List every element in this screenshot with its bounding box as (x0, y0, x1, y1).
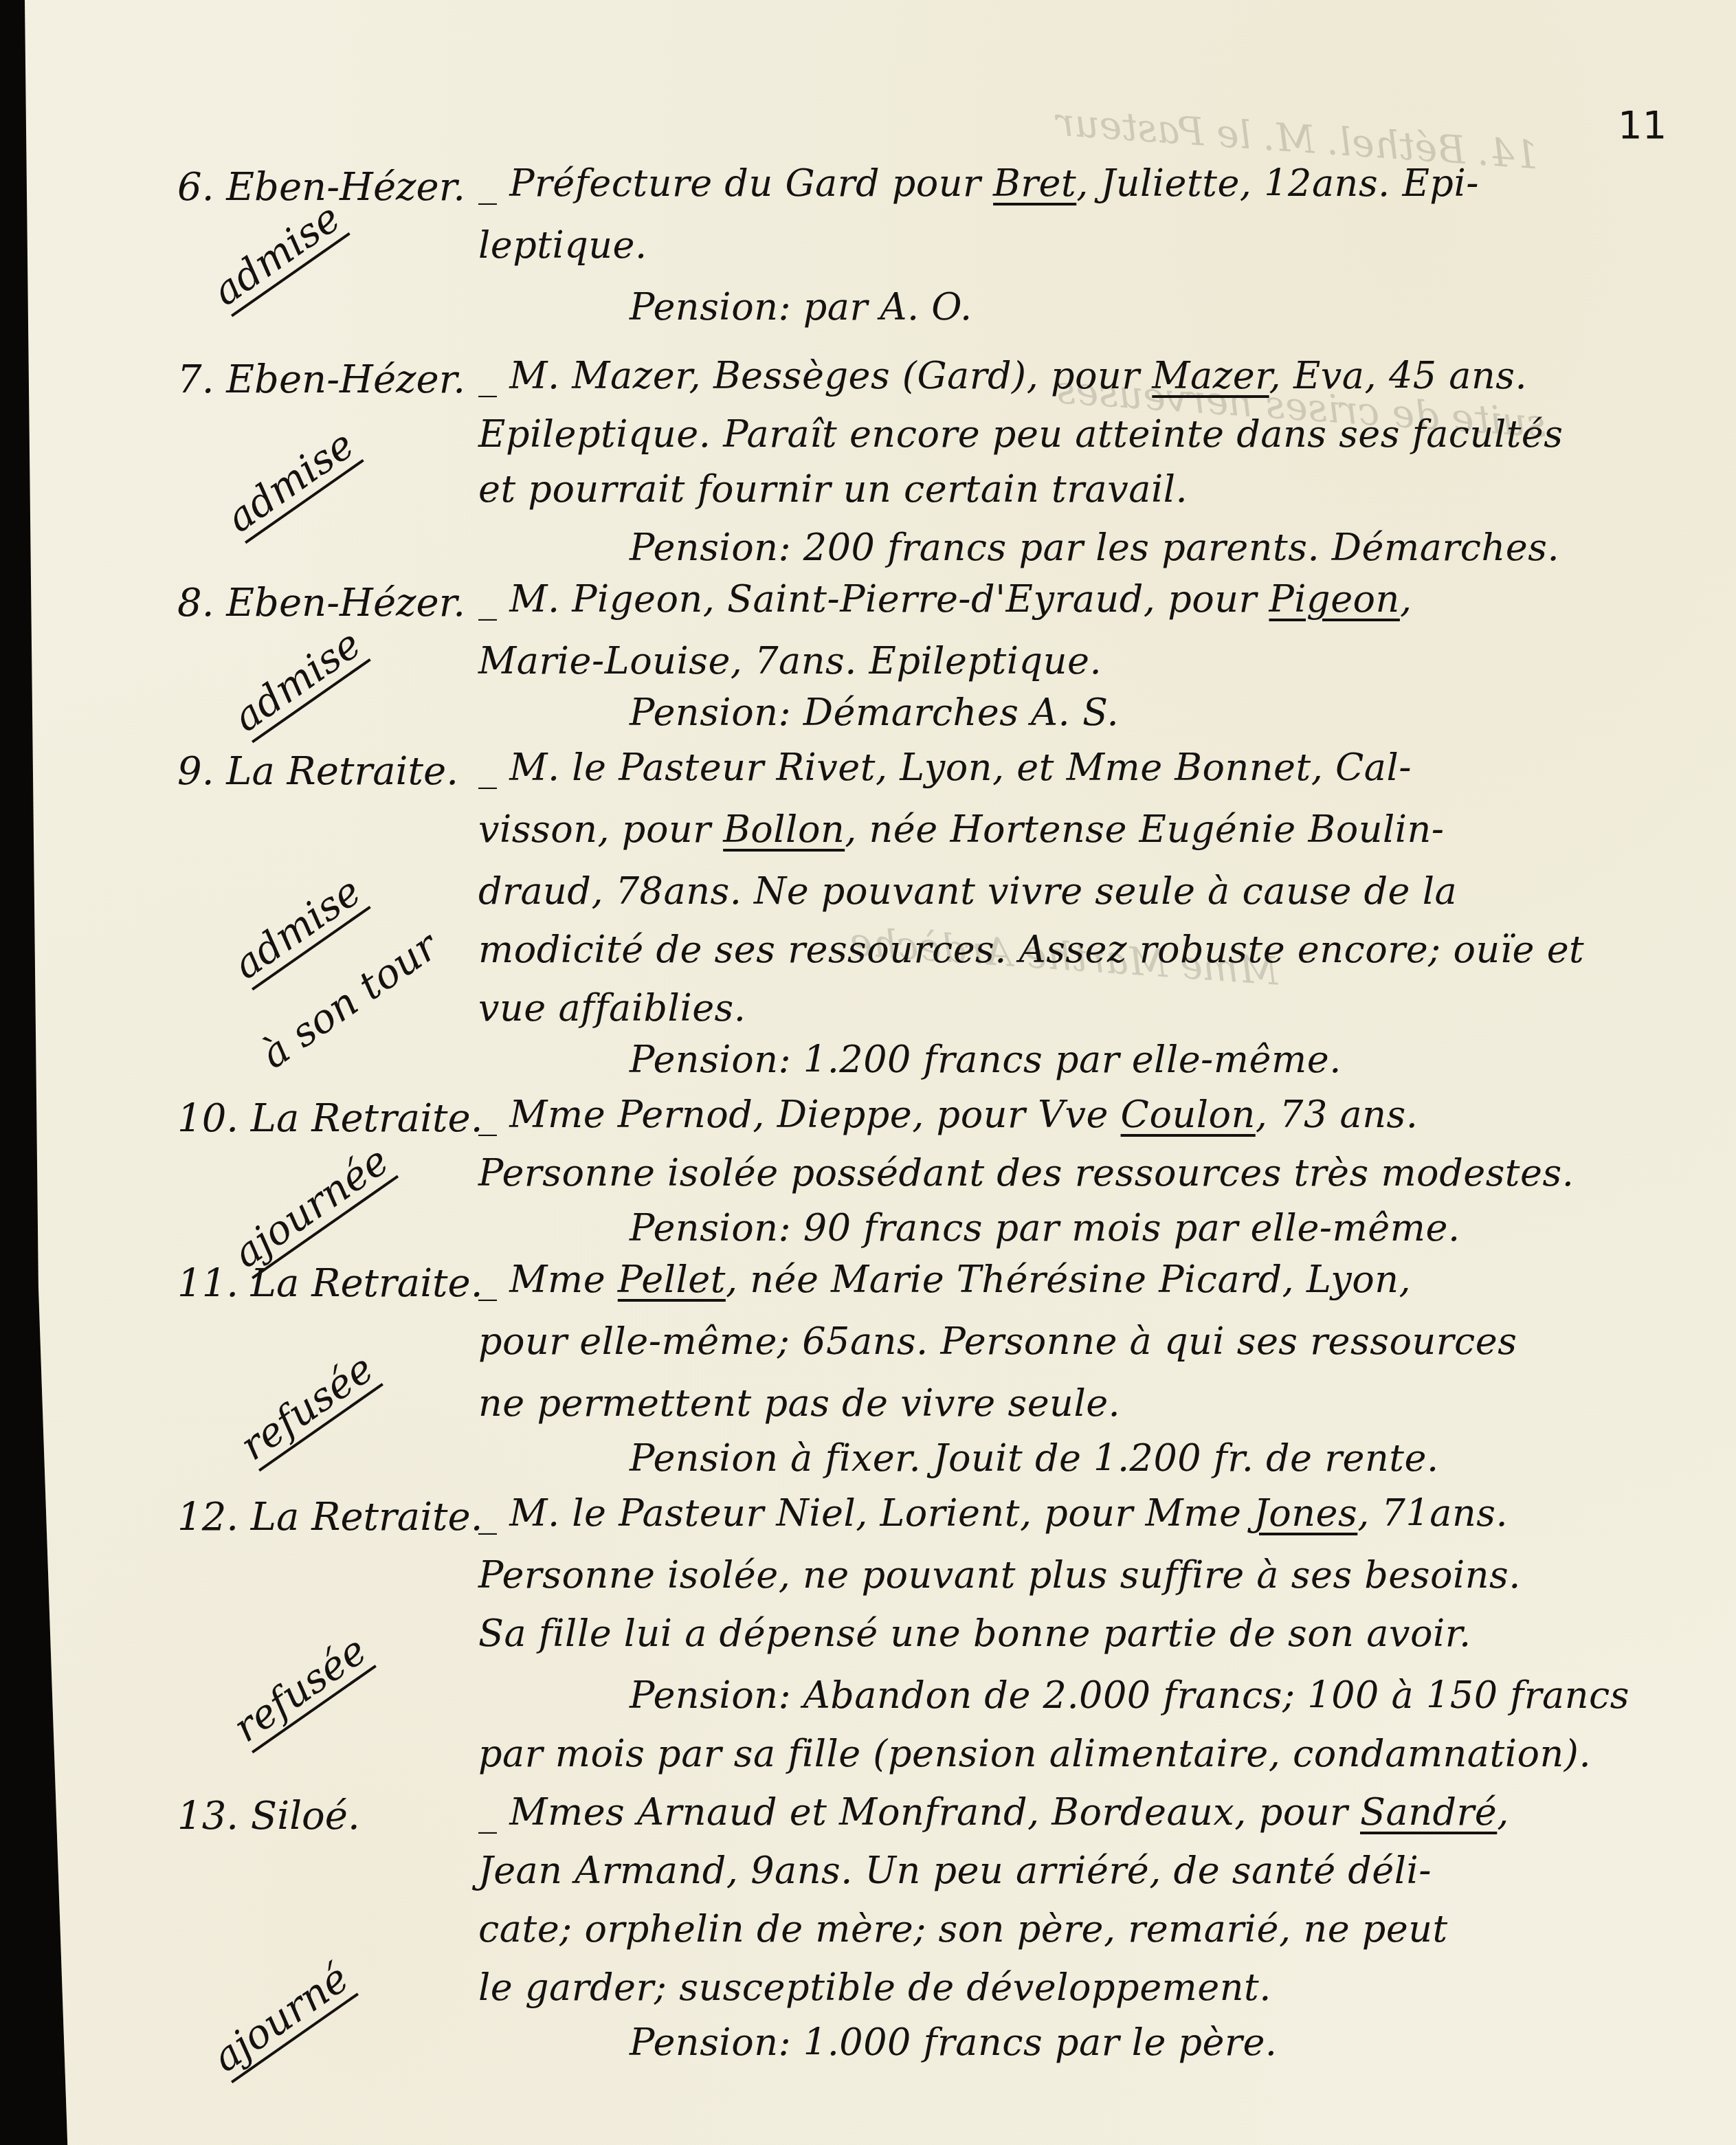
entry-line: ne permettent pas de vivre seule. (478, 1385, 1120, 1422)
patient-surname: Pigeon (1269, 577, 1399, 621)
entry-label: 10. La Retraite. (177, 1096, 483, 1141)
decision-annotation: admise (225, 867, 369, 988)
entry-line: visson, pour Bollon, née Hortense Eugéni… (478, 811, 1445, 848)
patient-surname: Bret (993, 162, 1076, 205)
entry-line: Epileptique. Paraît encore peu atteinte … (478, 416, 1563, 453)
entry-line: vue affaiblies. (478, 990, 746, 1027)
decision-annotation: admise (218, 421, 362, 542)
entry-label: 7. Eben-Hézer. (177, 357, 465, 402)
entry-line: leptique. (478, 227, 647, 264)
patient-surname: Mazer (1152, 354, 1269, 397)
decision-annotation: admise (204, 194, 348, 315)
entry-line: Sa fille lui a dépensé une bonne partie … (478, 1615, 1471, 1652)
entry-line: Marie-Louise, 7ans. Epileptique. (478, 643, 1102, 680)
patient-surname: Jones (1254, 1491, 1357, 1535)
decision-annotation: refusée (225, 1627, 375, 1751)
decision-annotation: ajournée (225, 1137, 397, 1277)
patient-surname: Sandré (1360, 1790, 1497, 1834)
document-page: 14. Béthel. M. le Pasteur suite de crise… (25, 0, 1736, 2145)
entry-line: _ M. Mazer, Bessèges (Gard), pour Mazer,… (478, 357, 1527, 394)
entry-line: _ M. Pigeon, Saint-Pierre-d'Eyraud, pour… (478, 581, 1412, 618)
entry-label: 13. Siloé. (177, 1794, 360, 1838)
entry-line: _ M. le Pasteur Niel, Lorient, pour Mme … (478, 1495, 1508, 1532)
entry-line: pour elle-même; 65ans. Personne à qui se… (478, 1323, 1517, 1360)
entry-label: 9. La Retraite. (177, 749, 458, 794)
entry-line: modicité de ses ressources. Assez robust… (478, 931, 1584, 968)
pension-line: Pension: 1.000 francs par le père. (630, 2024, 1278, 2061)
entry-line: et pourrait fournir un certain travail. (478, 471, 1188, 508)
pension-line: Pension à fixer. Jouit de 1.200 fr. de r… (630, 1440, 1439, 1477)
entry-label: 12. La Retraite. (177, 1495, 483, 1540)
pension-line: Pension: Démarches A. S. (630, 694, 1119, 731)
pension-line: Pension: Abandon de 2.000 francs; 100 à … (630, 1677, 1629, 1714)
patient-surname: Pellet (618, 1258, 726, 1301)
patient-surname: Coulon (1121, 1093, 1256, 1136)
entry-line: draud, 78ans. Ne pouvant vivre seule à c… (478, 873, 1457, 910)
pension-line-continued: par mois par sa fille (pension alimentai… (478, 1735, 1591, 1772)
entry-line: Jean Armand, 9ans. Un peu arriéré, de sa… (478, 1852, 1432, 1889)
pension-line: Pension: 200 francs par les parents. Dém… (630, 529, 1559, 566)
entry-line: Personne isolée possédant des ressources… (478, 1155, 1574, 1192)
pension-line: Pension: 90 francs par mois par elle-mêm… (630, 1210, 1460, 1247)
entry-label: 8. Eben-Hézer. (177, 581, 465, 625)
decision-annotation: ajourné (204, 1955, 357, 2081)
page-number: 11 (1618, 103, 1667, 148)
entry-line: _ Préfecture du Gard pour Bret, Juliette… (478, 165, 1479, 202)
decision-annotation: refusée (232, 1345, 382, 1469)
entry-line: _ Mme Pellet, née Marie Thérésine Picard… (478, 1261, 1411, 1298)
entry-line: cate; orphelin de mère; son père, remari… (478, 1911, 1448, 1948)
entry-line: Personne isolée, ne pouvant plus suffire… (478, 1557, 1521, 1594)
entry-line: _ Mme Pernod, Dieppe, pour Vve Coulon, 7… (478, 1096, 1418, 1133)
entry-line: _ M. le Pasteur Rivet, Lyon, et Mme Bonn… (478, 749, 1412, 786)
entry-line: _ Mmes Arnaud et Monfrand, Bordeaux, pou… (478, 1794, 1509, 1831)
entry-label: 11. La Retraite. (177, 1261, 483, 1306)
pension-line: Pension: 1.200 francs par elle-même. (630, 1041, 1342, 1078)
patient-surname: Bollon (723, 808, 845, 851)
decision-annotation: admise (225, 620, 369, 741)
pension-line: Pension: par A. O. (630, 289, 972, 326)
entry-line: le garder; susceptible de développement. (478, 1969, 1271, 2006)
